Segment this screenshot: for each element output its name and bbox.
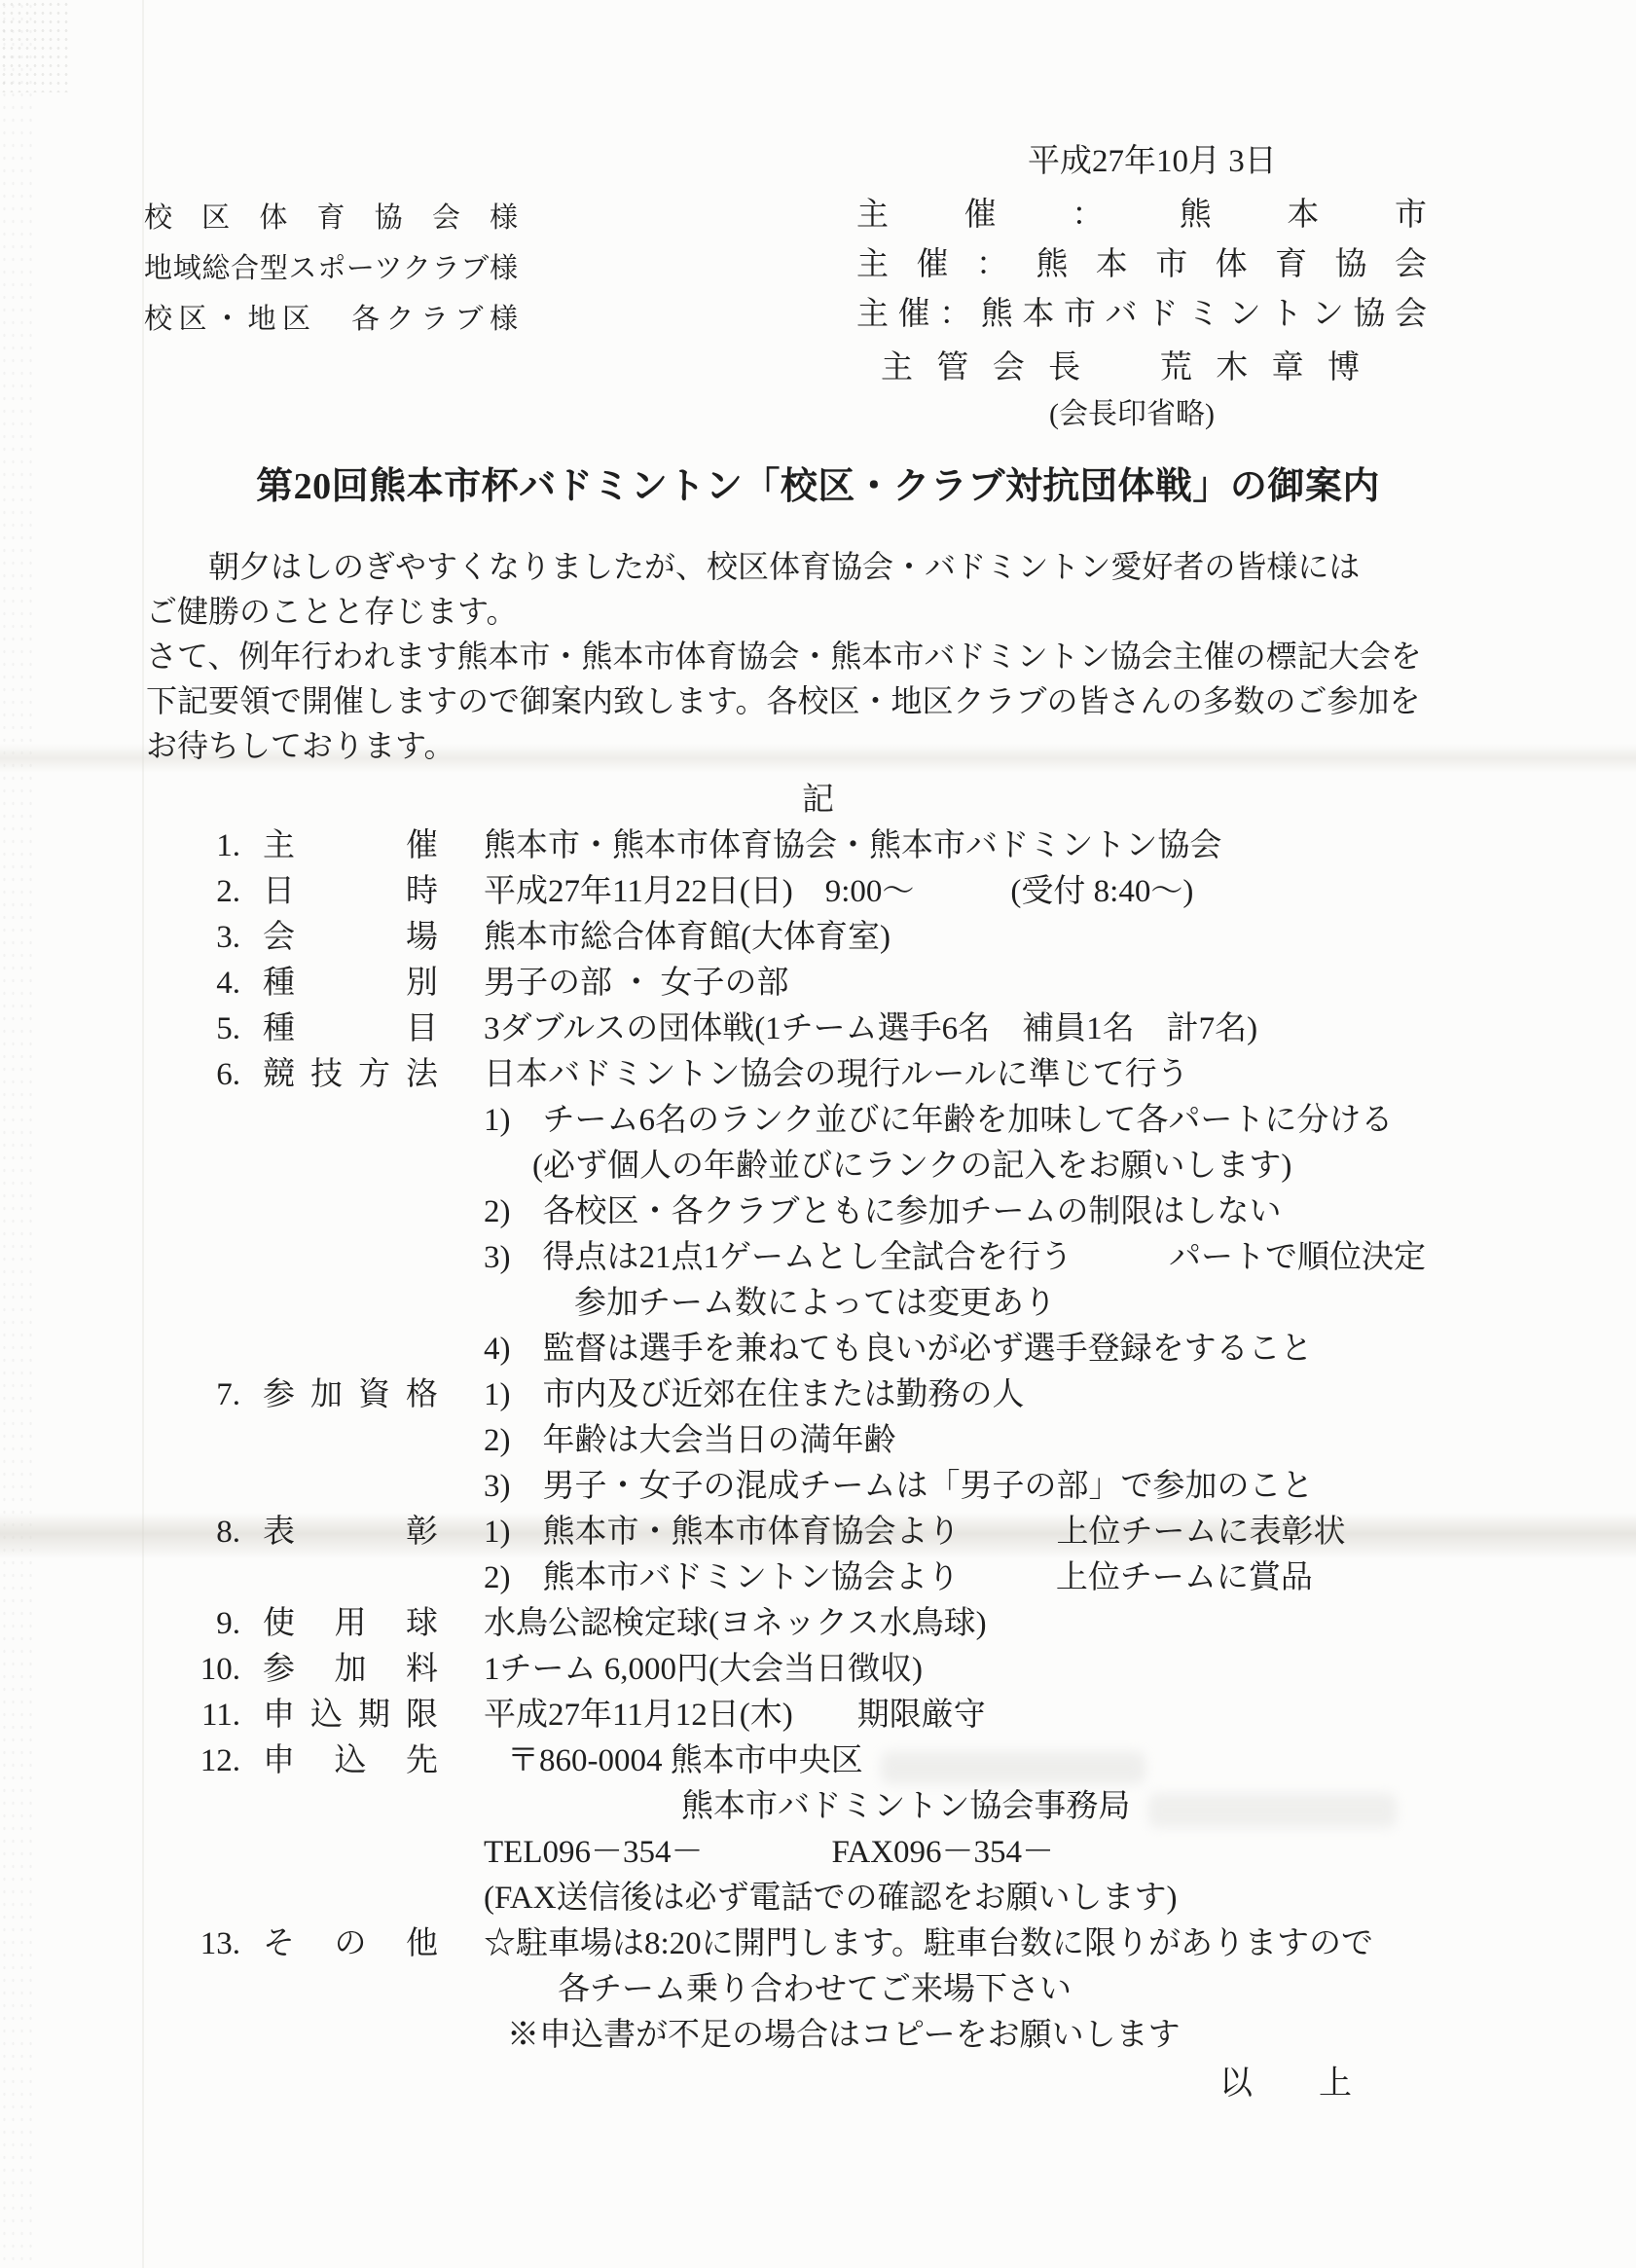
item-number: 1.: [190, 823, 240, 869]
item-line: 熊本市総合体育館(大体育室): [484, 915, 1513, 961]
seal-omission-note: (会長印省略): [1049, 389, 1215, 432]
organizer-line: 主催：熊本市体育協会: [856, 240, 1427, 290]
item-row: 9.使用球水鳥公認検定球(ヨネックス水鳥球): [190, 1601, 1513, 1647]
item-label: [263, 1830, 438, 1876]
item-line: 3) 得点は21点1ゲームとし全試合を行う パートで順位決定: [484, 1235, 1513, 1281]
item-label: 主催: [263, 823, 438, 869]
item-line: 4) 監督は選手を兼ねても良いが必ず選手登録をすること: [484, 1327, 1513, 1372]
item-number: 13.: [190, 1921, 240, 1967]
item-line: 熊本市・熊本市体育協会・熊本市バドミントン協会: [484, 823, 1513, 869]
item-row: 3) 男子・女子の混成チームは「男子の部」で参加のこと: [190, 1464, 1513, 1510]
item-label: 日時: [263, 869, 438, 915]
item-row: 8.表彰1) 熊本市・熊本市体育協会より 上位チームに表彰状: [190, 1510, 1513, 1555]
item-number: [190, 1967, 240, 2013]
item-line: ☆駐車場は8:20に開門します。駐車台数に限りがありますので: [484, 1921, 1513, 1967]
item-line: (FAX送信後は必ず電話での確認をお願いします): [484, 1876, 1513, 1921]
item-row: 参加チーム数によっては変更あり: [190, 1281, 1513, 1327]
letter-date: 平成27年10月 3日: [1028, 142, 1277, 181]
item-number: [190, 1235, 240, 1281]
item-number: [190, 1784, 240, 1830]
item-number: [190, 1418, 240, 1464]
item-label: [263, 1555, 438, 1601]
item-number: [190, 1555, 240, 1601]
item-number: [190, 1327, 240, 1372]
item-label: [263, 1784, 438, 1830]
item-row: TEL096－354－ FAX096－354－: [190, 1830, 1513, 1876]
item-line: 1) チーム6名のランク並びに年齢を加味して各パートに分ける: [484, 1098, 1513, 1144]
item-number: [190, 1281, 240, 1327]
recipient-line: 校区・地区 各クラブ様: [144, 294, 518, 345]
item-label: 種目: [263, 1006, 438, 1052]
greeting-line: ご健勝のことと存じます。: [146, 589, 1440, 634]
item-label: [263, 1098, 438, 1144]
greeting-line: お待ちしております。: [146, 723, 1440, 768]
item-number: 10.: [190, 1647, 240, 1693]
item-number: 9.: [190, 1601, 240, 1647]
scan-corner-noise: [0, 0, 70, 92]
item-row: 2.日時平成27年11月22日(日) 9:00～ (受付 8:40～): [190, 869, 1513, 915]
item-row: ※申込書が不足の場合はコピーをお願いします: [190, 2013, 1513, 2059]
item-line: 熊本市バドミントン協会事務局: [484, 1784, 1513, 1830]
item-row: 2) 年齢は大会当日の満年齢: [190, 1418, 1513, 1464]
item-number: [190, 1189, 240, 1235]
item-row: 熊本市バドミントン協会事務局: [190, 1784, 1513, 1830]
item-number: 6.: [190, 1052, 240, 1098]
item-number: 5.: [190, 1006, 240, 1052]
item-line: 平成27年11月22日(日) 9:00～ (受付 8:40～): [484, 869, 1513, 915]
item-label: [263, 1967, 438, 2013]
item-line: 1チーム 6,000円(大会当日徴収): [484, 1647, 1513, 1693]
item-number: 4.: [190, 961, 240, 1006]
record-mark: 記: [0, 774, 1636, 820]
item-number: [190, 1876, 240, 1921]
item-row: 3.会場熊本市総合体育館(大体育室): [190, 915, 1513, 961]
item-label: [263, 2013, 438, 2059]
item-row: 5.種目3ダブルスの団体戦(1チーム選手6名 補員1名 計7名): [190, 1006, 1513, 1052]
organizer-block: 主催：熊本市主催：熊本市体育協会主催：熊本市バドミントン協会: [856, 191, 1427, 340]
item-label: 種別: [263, 961, 438, 1006]
item-label: [263, 1464, 438, 1510]
item-number: [190, 1464, 240, 1510]
item-label: [263, 1418, 438, 1464]
item-line: (必ず個人の年齢並びにランクの記入をお願いします): [484, 1144, 1513, 1189]
item-number: 7.: [190, 1372, 240, 1418]
recipient-line: 校区体育協会様: [144, 193, 518, 243]
item-number: 8.: [190, 1510, 240, 1555]
item-line: 3ダブルスの団体戦(1チーム選手6名 補員1名 計7名): [484, 1006, 1513, 1052]
item-row: 1.主催熊本市・熊本市体育協会・熊本市バドミントン協会: [190, 823, 1513, 869]
item-label: その他: [263, 1921, 438, 1967]
item-label: [263, 1281, 438, 1327]
greeting-line: 下記要領で開催しますので御案内致します。各校区・地区クラブの皆さんの多数のご参加…: [146, 678, 1440, 723]
item-label: 申込期限: [263, 1693, 438, 1738]
item-row: 4) 監督は選手を兼ねても良いが必ず選手登録をすること: [190, 1327, 1513, 1372]
item-label: [263, 1144, 438, 1189]
letter-title: 第20回熊本市杯バドミントン「校区・クラブ対抗団体戦」の御案内: [0, 456, 1636, 509]
item-label: [263, 1189, 438, 1235]
item-label: 参加料: [263, 1647, 438, 1693]
organizer-line: 主催：熊本市バドミントン協会: [856, 290, 1427, 340]
item-row: 4.種別男子の部 ・ 女子の部: [190, 961, 1513, 1006]
item-number: 12.: [190, 1738, 240, 1784]
item-line: 各チーム乗り合わせてご来場下さい: [484, 1967, 1513, 2013]
item-row: 1) チーム6名のランク並びに年齢を加味して各パートに分ける: [190, 1098, 1513, 1144]
item-number: 11.: [190, 1693, 240, 1738]
item-line: 日本バドミントン協会の現行ルールに準じて行う: [484, 1052, 1513, 1098]
item-row: 13.その他☆駐車場は8:20に開門します。駐車台数に限りがありますので: [190, 1921, 1513, 1967]
item-row: (FAX送信後は必ず電話での確認をお願いします): [190, 1876, 1513, 1921]
item-line: 2) 各校区・各クラブともに参加チームの制限はしない: [484, 1189, 1513, 1235]
item-number: 2.: [190, 869, 240, 915]
item-line: 2) 年齢は大会当日の満年齢: [484, 1418, 1513, 1464]
organizer-line: 主催：熊本市: [856, 191, 1427, 240]
scanned-letter-page: 平成27年10月 3日 校区体育協会様地域総合型スポーツクラブ様校区・地区 各ク…: [0, 0, 1636, 2268]
item-label: 参加資格: [263, 1372, 438, 1418]
recipient-block: 校区体育協会様地域総合型スポーツクラブ様校区・地区 各クラブ様: [144, 193, 518, 345]
item-line: 男子の部 ・ 女子の部: [484, 961, 1513, 1006]
item-row: 3) 得点は21点1ゲームとし全試合を行う パートで順位決定: [190, 1235, 1513, 1281]
item-line: 1) 熊本市・熊本市体育協会より 上位チームに表彰状: [484, 1510, 1513, 1555]
notice-item-list: 1.主催熊本市・熊本市体育協会・熊本市バドミントン協会2.日時平成27年11月2…: [190, 823, 1513, 2059]
item-line: 〒860-0004 熊本市中央区: [484, 1738, 1513, 1784]
item-label: [263, 1876, 438, 1921]
item-label: [263, 1327, 438, 1372]
greeting-line: さて、例年行われます熊本市・熊本市体育協会・熊本市バドミントン協会主催の標記大会…: [146, 634, 1440, 678]
item-row: 2) 各校区・各クラブともに参加チームの制限はしない: [190, 1189, 1513, 1235]
item-row: 7.参加資格1) 市内及び近郊在住または勤務の人: [190, 1372, 1513, 1418]
item-line: 3) 男子・女子の混成チームは「男子の部」で参加のこと: [484, 1464, 1513, 1510]
greeting-paragraph: 朝夕はしのぎやすくなりましたが、校区体育協会・バドミントン愛好者の皆様にはご健勝…: [146, 544, 1440, 768]
item-line: 2) 熊本市バドミントン協会より 上位チームに賞品: [484, 1555, 1513, 1601]
closing-mark: 以 上: [1219, 2056, 1352, 2103]
scan-edge-noise: [0, 0, 35, 2268]
item-line: TEL096－354－ FAX096－354－: [484, 1830, 1513, 1876]
item-line: 1) 市内及び近郊在住または勤務の人: [484, 1372, 1513, 1418]
item-label: 使用球: [263, 1601, 438, 1647]
manager-line: 主管会長 荒木章博: [881, 342, 1360, 387]
item-line: 平成27年11月12日(木) 期限厳守: [484, 1693, 1513, 1738]
item-line: 水鳥公認検定球(ヨネックス水鳥球): [484, 1601, 1513, 1647]
item-label: 会場: [263, 915, 438, 961]
greeting-line: 朝夕はしのぎやすくなりましたが、校区体育協会・バドミントン愛好者の皆様には: [146, 544, 1440, 589]
item-row: 各チーム乗り合わせてご来場下さい: [190, 1967, 1513, 2013]
item-number: [190, 2013, 240, 2059]
recipient-line: 地域総合型スポーツクラブ様: [144, 243, 518, 294]
item-row: 10.参加料1チーム 6,000円(大会当日徴収): [190, 1647, 1513, 1693]
item-row: (必ず個人の年齢並びにランクの記入をお願いします): [190, 1144, 1513, 1189]
item-number: [190, 1144, 240, 1189]
item-row: 2) 熊本市バドミントン協会より 上位チームに賞品: [190, 1555, 1513, 1601]
item-label: [263, 1235, 438, 1281]
item-number: [190, 1830, 240, 1876]
item-label: 競技方法: [263, 1052, 438, 1098]
item-label: 申込先: [263, 1738, 438, 1784]
item-row: 6.競技方法日本バドミントン協会の現行ルールに準じて行う: [190, 1052, 1513, 1098]
item-row: 11.申込期限平成27年11月12日(木) 期限厳守: [190, 1693, 1513, 1738]
item-line: 参加チーム数によっては変更あり: [484, 1281, 1513, 1327]
item-line: ※申込書が不足の場合はコピーをお願いします: [484, 2013, 1513, 2059]
item-row: 12.申込先〒860-0004 熊本市中央区: [190, 1738, 1513, 1784]
item-number: 3.: [190, 915, 240, 961]
item-label: 表彰: [263, 1510, 438, 1555]
item-number: [190, 1098, 240, 1144]
